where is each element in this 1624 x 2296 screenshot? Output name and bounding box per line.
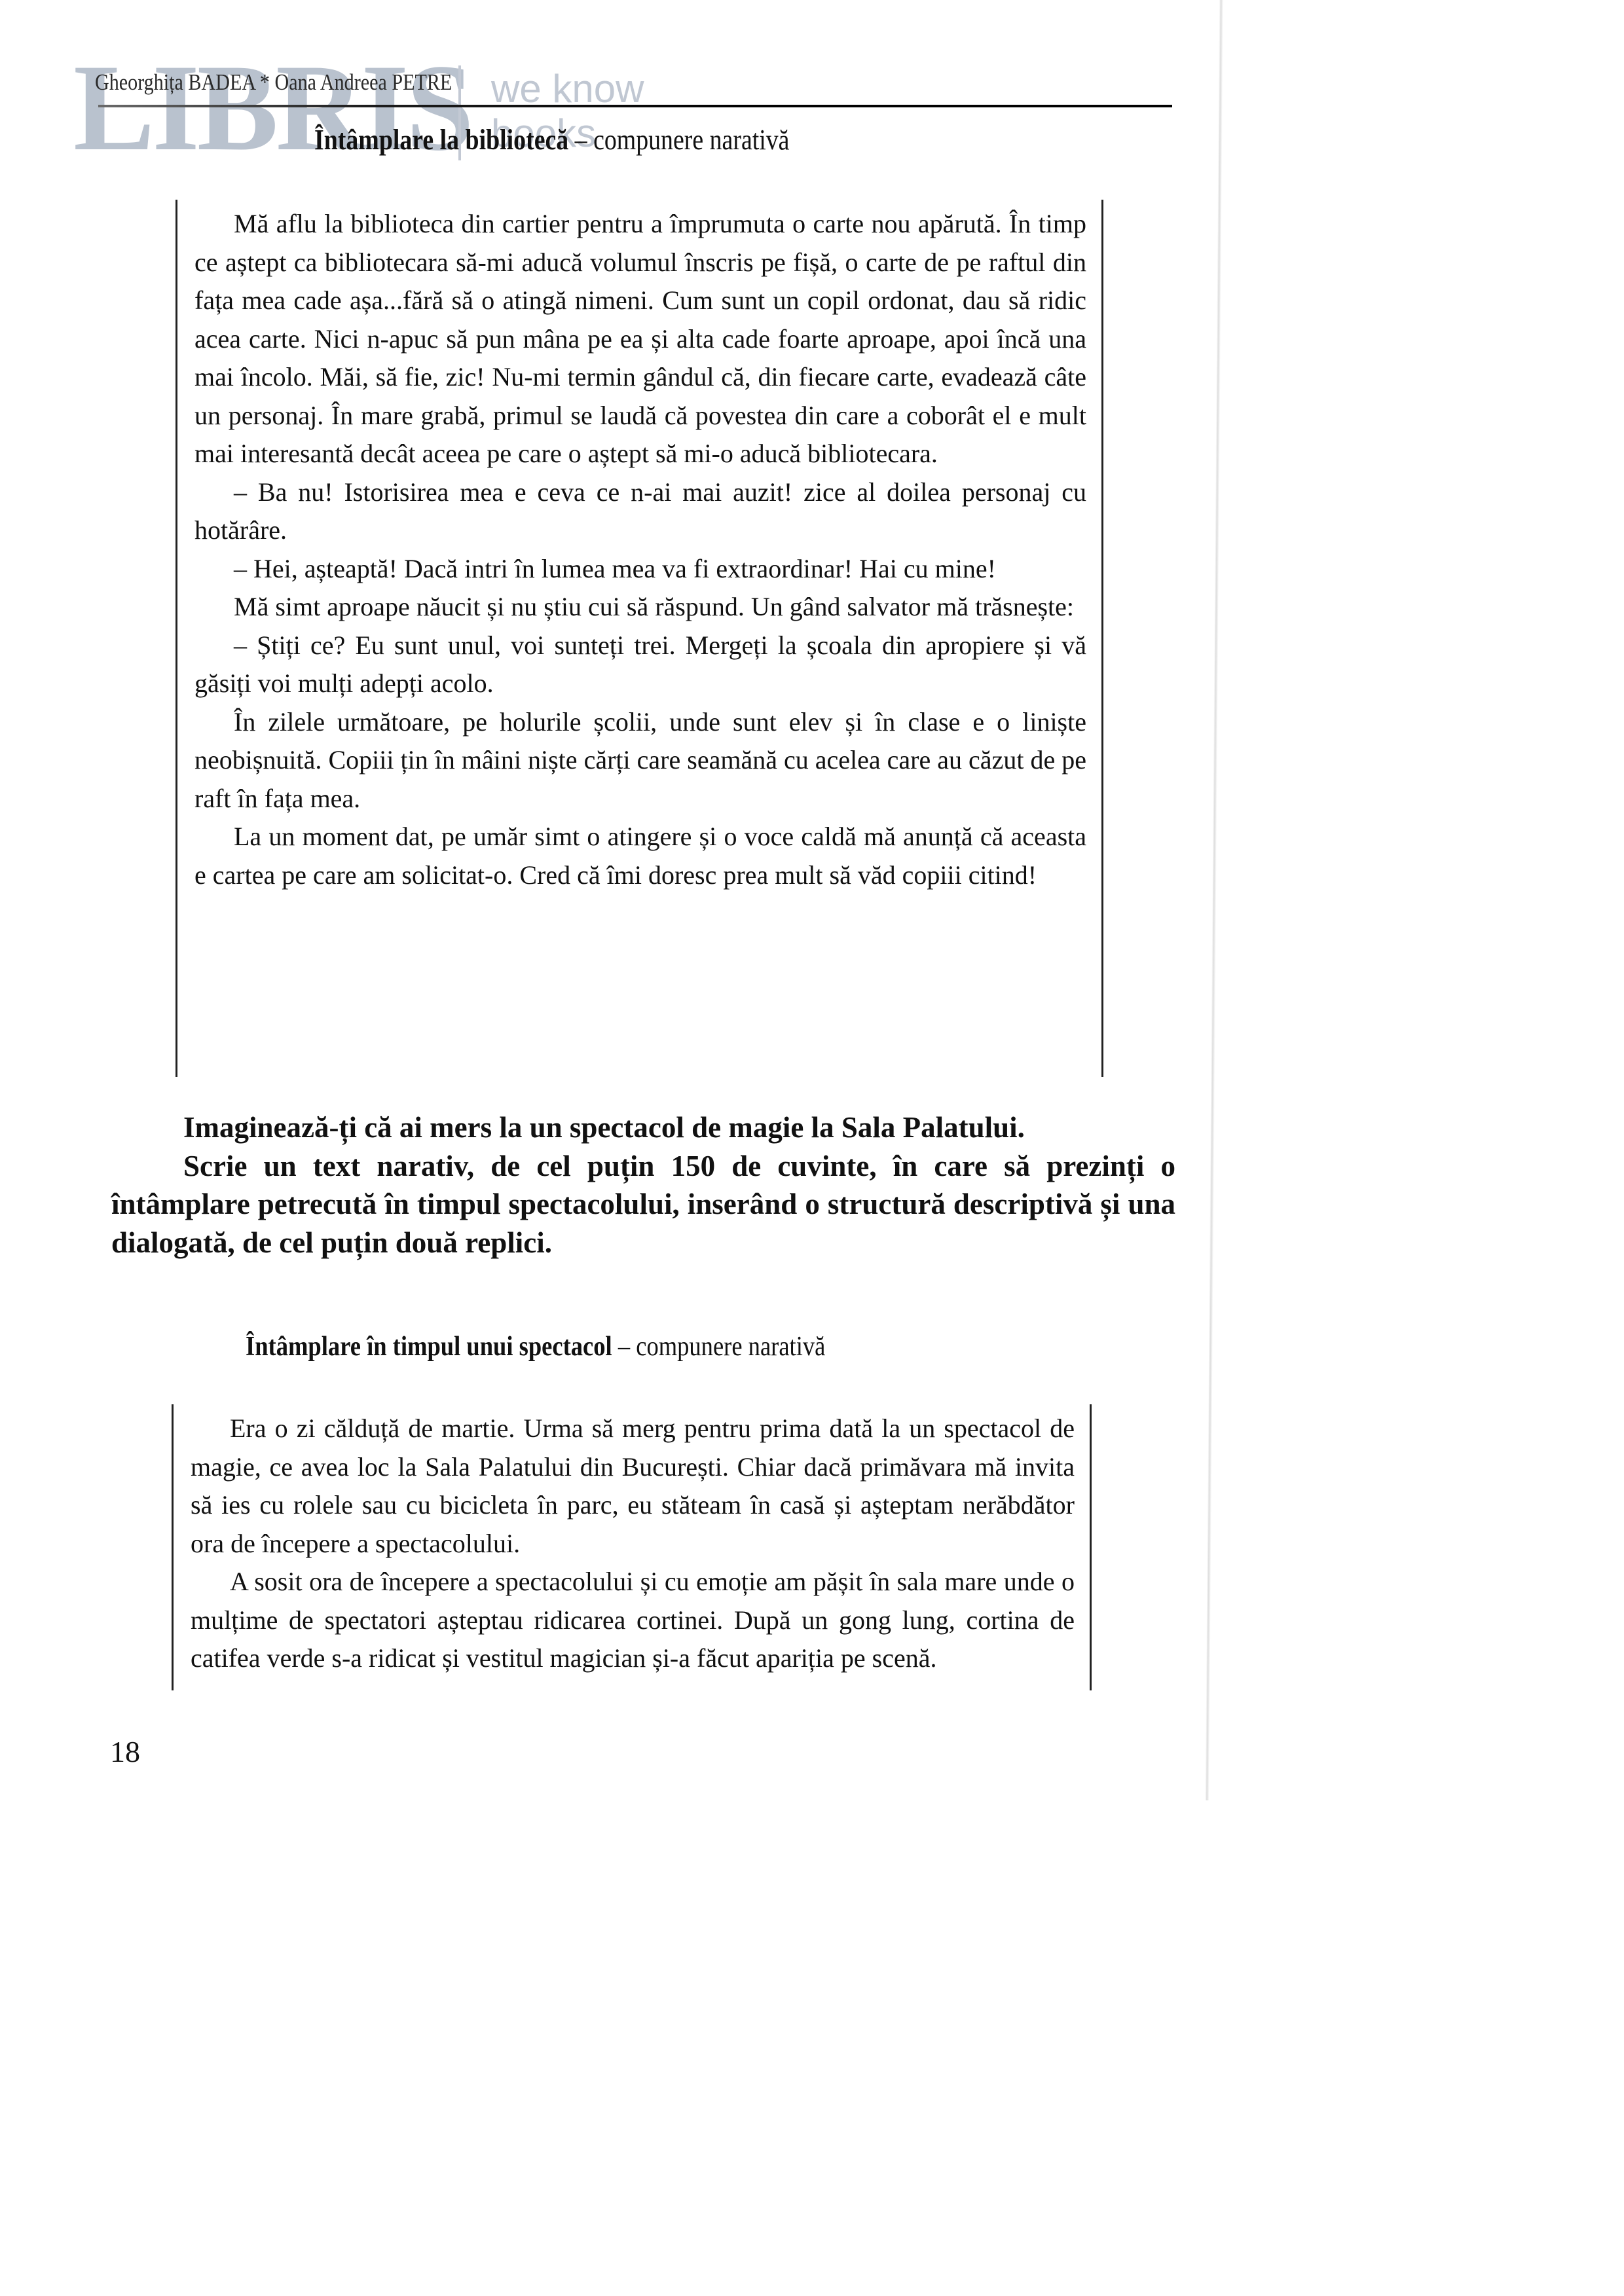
composition-box-show: Era o zi călduță de martie. Urma să merg… [172,1404,1092,1690]
dialogue-line: – Știți ce? Eu sunt unul, voi sunteți tr… [194,627,1086,703]
composition-text: Mă aflu la biblioteca din cartier pentru… [194,205,1086,894]
paragraph: Mă aflu la biblioteca din cartier pentru… [194,205,1086,473]
prompt-line: Imaginează-ți că ai mers la un spectacol… [111,1108,1175,1147]
dialogue-line: – Ba nu! Istorisirea mea e ceva ce n-ai … [194,473,1086,550]
paragraph: A sosit ora de începere a spectacolului … [191,1563,1075,1678]
assignment-prompt: Imaginează-ți că ai mers la un spectacol… [111,1108,1175,1262]
prompt-line: Scrie un text narativ, de cel puțin 150 … [111,1147,1175,1262]
composition-box-library: Mă aflu la biblioteca din cartier pentru… [175,200,1103,1077]
dialogue-line: – Hei, așteaptă! Dacă intri în lumea mea… [194,550,1086,589]
title-dash: – [612,1332,637,1362]
section-title-library: Întâmplare la bibliotecă – compunere nar… [314,123,789,157]
paragraph: Era o zi călduță de martie. Urma să merg… [191,1410,1075,1563]
section-title-subtitle: compunere narativă [593,124,789,156]
composition-text: Era o zi călduță de martie. Urma să merg… [191,1410,1075,1678]
scan-fold-line [1205,0,1223,1800]
paragraph: În zilele următoare, pe holurile școlii,… [194,703,1086,818]
paragraph: La un moment dat, pe umăr simt o atinger… [194,818,1086,894]
book-page: LIBRIS we know books Gheorghița BADEA * … [0,0,1624,2296]
section-title-main: Întâmplare la bibliotecă [314,124,568,156]
header-rule [98,105,1172,107]
running-head-authors: Gheorghița BADEA * Oana Andreea PETRE [95,69,452,96]
paragraph: Mă simt aproape năucit și nu știu cui să… [194,588,1086,627]
page-number: 18 [110,1735,140,1769]
section-title-show: Întâmplare în timpul unui spectacol – co… [246,1330,825,1363]
title-dash: – [568,124,593,156]
watermark-tagline-line1: we know [491,69,644,109]
section-title-subtitle: compunere narativă [636,1332,825,1362]
section-title-main: Întâmplare în timpul unui spectacol [246,1332,612,1362]
